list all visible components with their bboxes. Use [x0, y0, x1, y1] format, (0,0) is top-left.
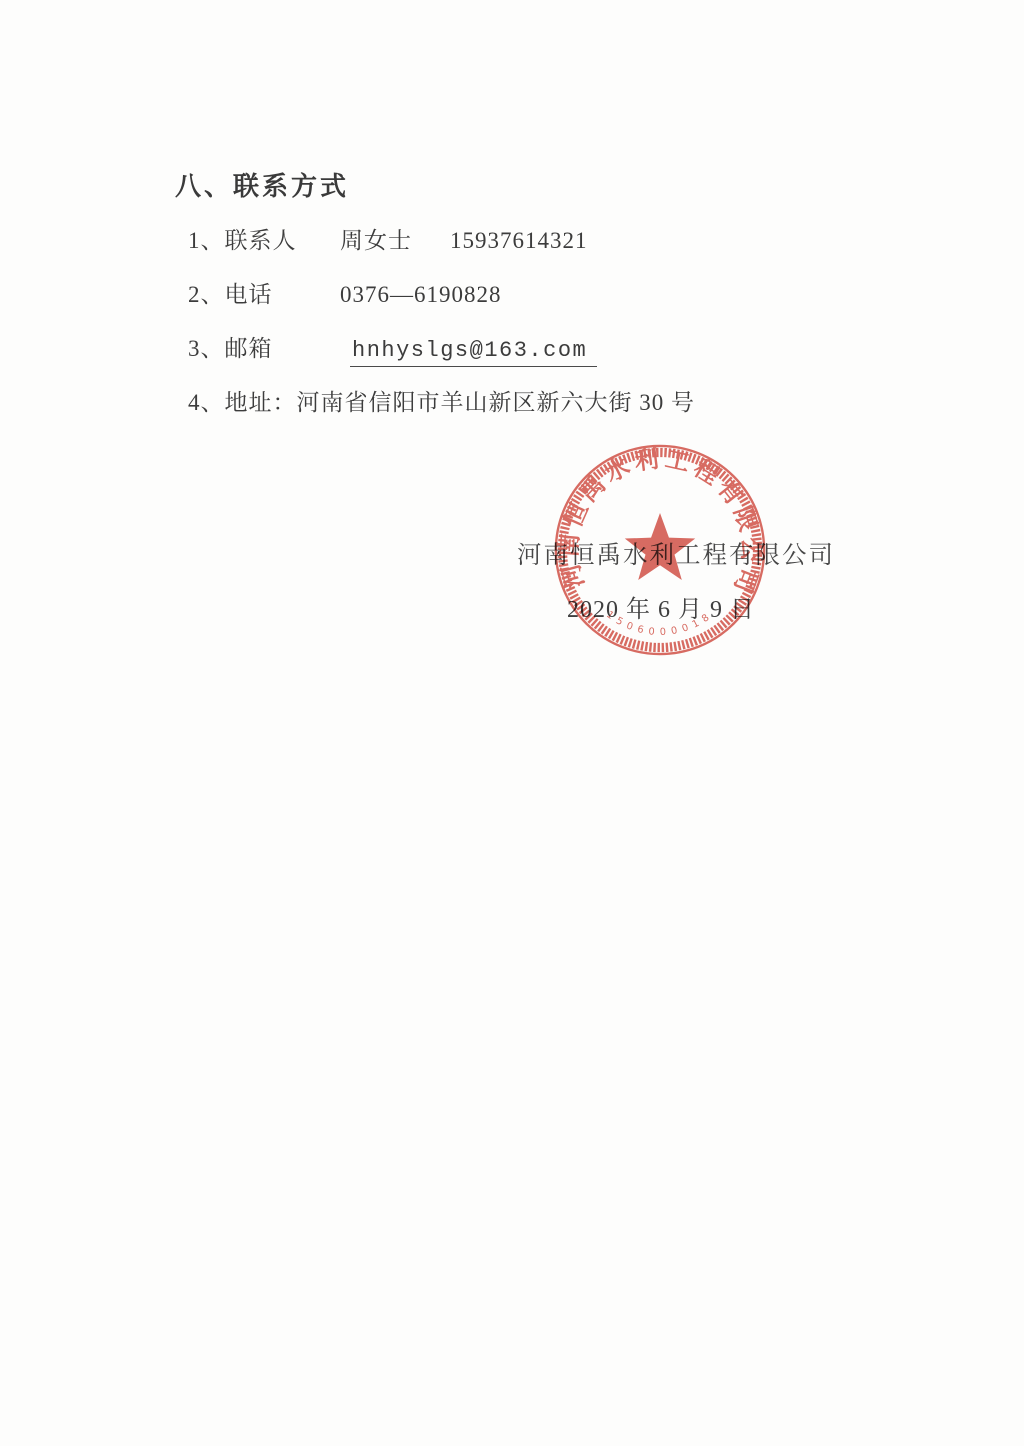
item-phone-number: 15937614321	[450, 228, 588, 254]
seal-ring-text: 河南恒禹水利工程有限公司	[554, 444, 764, 600]
section-heading: 八、联系方式	[175, 166, 349, 203]
item-email-value: hnhyslgs@163.com	[350, 338, 597, 367]
item-value: 周女士	[340, 222, 412, 255]
contact-item-person: 1、联系人 周女士 15937614321	[188, 222, 695, 247]
contact-item-phone: 2、电话 0376—6190828	[188, 276, 695, 301]
item-label: 3、邮箱	[188, 330, 340, 363]
signature-company-name: 河南恒禹水利工程有限公司	[517, 536, 835, 571]
contact-item-address: 4、地址： 河南省信阳市羊山新区新六大街 30 号	[188, 384, 695, 409]
item-label: 2、电话	[188, 276, 340, 309]
item-label: 1、联系人	[188, 222, 340, 255]
signature-date: 2020 年 6 月 9 日	[567, 589, 755, 624]
item-value: 0376—6190828	[340, 282, 502, 308]
document-page: 八、联系方式 1、联系人 周女士 15937614321 2、电话 0376—6…	[0, 0, 1024, 1446]
item-label: 4、地址：	[188, 384, 297, 417]
contact-list: 1、联系人 周女士 15937614321 2、电话 0376—6190828 …	[188, 222, 695, 438]
contact-item-email: 3、邮箱 hnhyslgs@163.com	[188, 330, 695, 355]
item-value: 河南省信阳市羊山新区新六大街 30 号	[297, 384, 696, 417]
